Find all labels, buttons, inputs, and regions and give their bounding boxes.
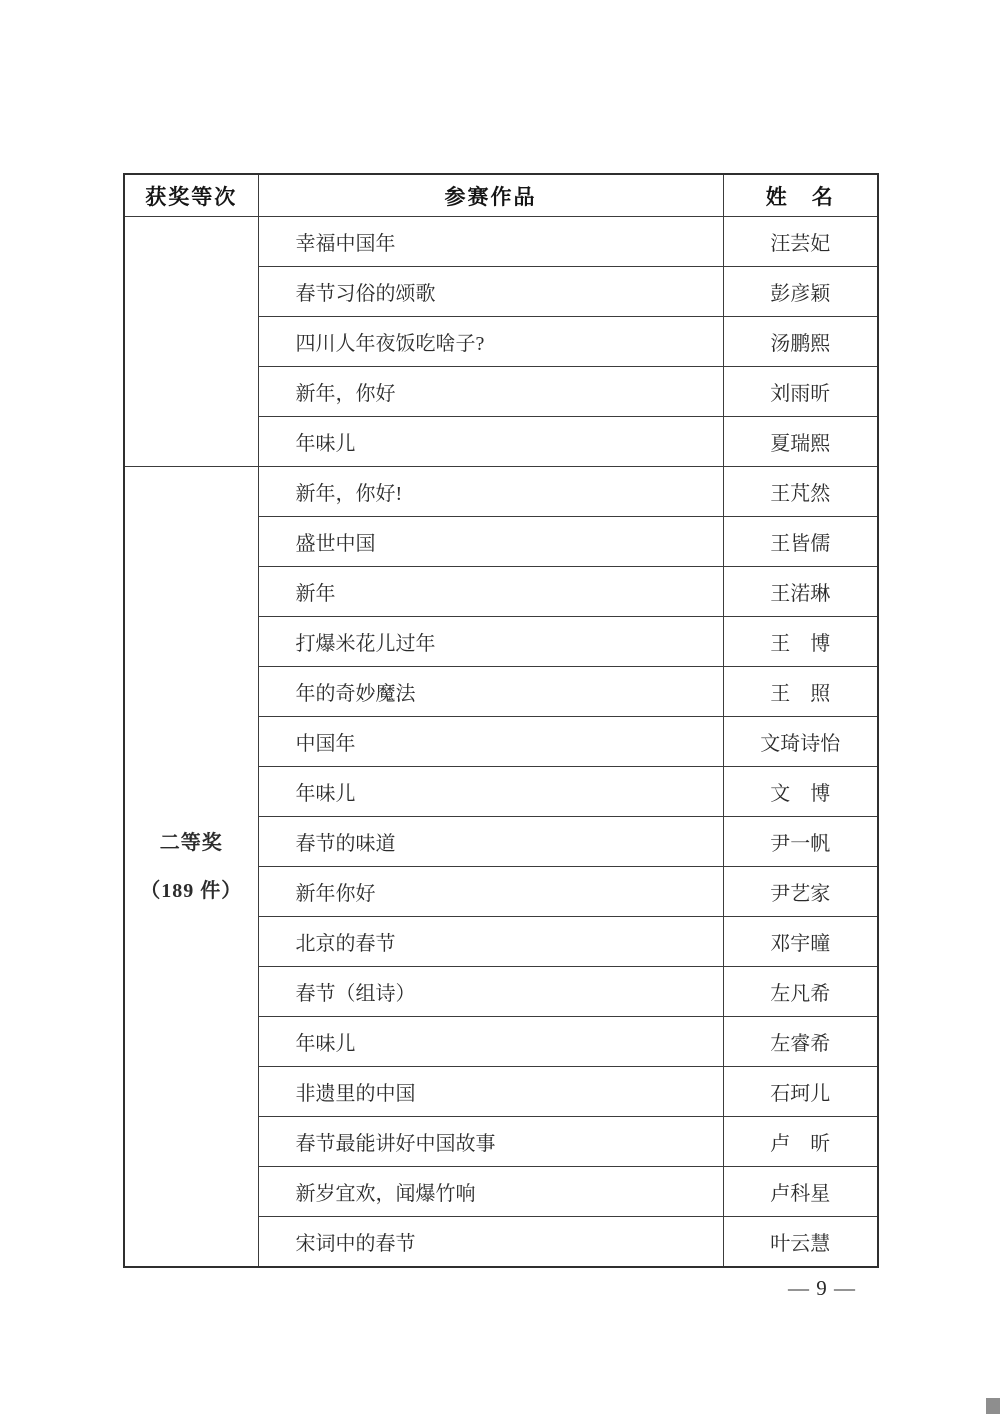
entry-work-cell: 非遗里的中国 <box>258 1067 723 1117</box>
col-header-entry-work: 参赛作品 <box>258 174 723 217</box>
author-name-cell: 文 博 <box>723 767 878 817</box>
document-page: 获奖等次 参赛作品 姓 名 幸福中国年汪芸妃春节习俗的颂歌彭彦颖四川人年夜饭吃啥… <box>0 0 1000 1414</box>
author-name-cell: 王芃然 <box>723 467 878 517</box>
entry-work-cell: 打爆米花儿过年 <box>258 617 723 667</box>
award-level-label: 二等奖 <box>126 819 257 867</box>
entry-work-cell: 春节的味道 <box>258 817 723 867</box>
entry-work-cell: 幸福中国年 <box>258 217 723 267</box>
author-name-cell: 王 照 <box>723 667 878 717</box>
awards-table-header: 获奖等次 参赛作品 姓 名 <box>124 174 878 217</box>
author-name-cell: 彭彦颖 <box>723 267 878 317</box>
entry-work-cell: 新年，你好! <box>258 467 723 517</box>
author-name-cell: 叶云慧 <box>723 1217 878 1268</box>
author-name-cell: 尹一帆 <box>723 817 878 867</box>
entry-work-cell: 春节习俗的颂歌 <box>258 267 723 317</box>
entry-work-cell: 新年 <box>258 567 723 617</box>
col-header-name: 姓 名 <box>723 174 878 217</box>
col-header-award-level: 获奖等次 <box>124 174 258 217</box>
entry-work-cell: 春节最能讲好中国故事 <box>258 1117 723 1167</box>
entry-work-cell: 北京的春节 <box>258 917 723 967</box>
author-name-cell: 左睿希 <box>723 1017 878 1067</box>
entry-work-cell: 新年你好 <box>258 867 723 917</box>
entry-work-cell: 宋词中的春节 <box>258 1217 723 1268</box>
entry-work-cell: 春节（组诗） <box>258 967 723 1017</box>
table-row: 二等奖（189 件）新年，你好!王芃然 <box>124 467 878 517</box>
author-name-cell: 王皆儒 <box>723 517 878 567</box>
award-level-cell <box>124 217 258 467</box>
author-name-cell: 文琦诗怡 <box>723 717 878 767</box>
entry-work-cell: 新岁宜欢，闻爆竹响 <box>258 1167 723 1217</box>
table-row: 幸福中国年汪芸妃 <box>124 217 878 267</box>
award-level-label: （189 件） <box>126 867 257 915</box>
entry-work-cell: 年味儿 <box>258 1017 723 1067</box>
awards-table-body: 幸福中国年汪芸妃春节习俗的颂歌彭彦颖四川人年夜饭吃啥子?汤鹏熙新年，你好刘雨昕年… <box>124 217 878 1268</box>
page-number: — 9 — <box>757 1276 887 1301</box>
author-name-cell: 夏瑞熙 <box>723 417 878 467</box>
author-name-cell: 王 博 <box>723 617 878 667</box>
entry-work-cell: 年的奇妙魔法 <box>258 667 723 717</box>
author-name-cell: 汪芸妃 <box>723 217 878 267</box>
awards-table: 获奖等次 参赛作品 姓 名 幸福中国年汪芸妃春节习俗的颂歌彭彦颖四川人年夜饭吃啥… <box>123 173 879 1268</box>
entry-work-cell: 年味儿 <box>258 417 723 467</box>
award-level-cell: 二等奖（189 件） <box>124 467 258 1268</box>
author-name-cell: 刘雨昕 <box>723 367 878 417</box>
entry-work-cell: 四川人年夜饭吃啥子? <box>258 317 723 367</box>
author-name-cell: 王渃琳 <box>723 567 878 617</box>
author-name-cell: 汤鹏熙 <box>723 317 878 367</box>
author-name-cell: 邓宇曈 <box>723 917 878 967</box>
author-name-cell: 尹艺家 <box>723 867 878 917</box>
author-name-cell: 卢科星 <box>723 1167 878 1217</box>
entry-work-cell: 中国年 <box>258 717 723 767</box>
header-row: 获奖等次 参赛作品 姓 名 <box>124 174 878 217</box>
author-name-cell: 石珂儿 <box>723 1067 878 1117</box>
entry-work-cell: 盛世中国 <box>258 517 723 567</box>
entry-work-cell: 新年，你好 <box>258 367 723 417</box>
author-name-cell: 卢 昕 <box>723 1117 878 1167</box>
entry-work-cell: 年味儿 <box>258 767 723 817</box>
author-name-cell: 左凡希 <box>723 967 878 1017</box>
scan-artifact-square <box>986 1398 1000 1414</box>
